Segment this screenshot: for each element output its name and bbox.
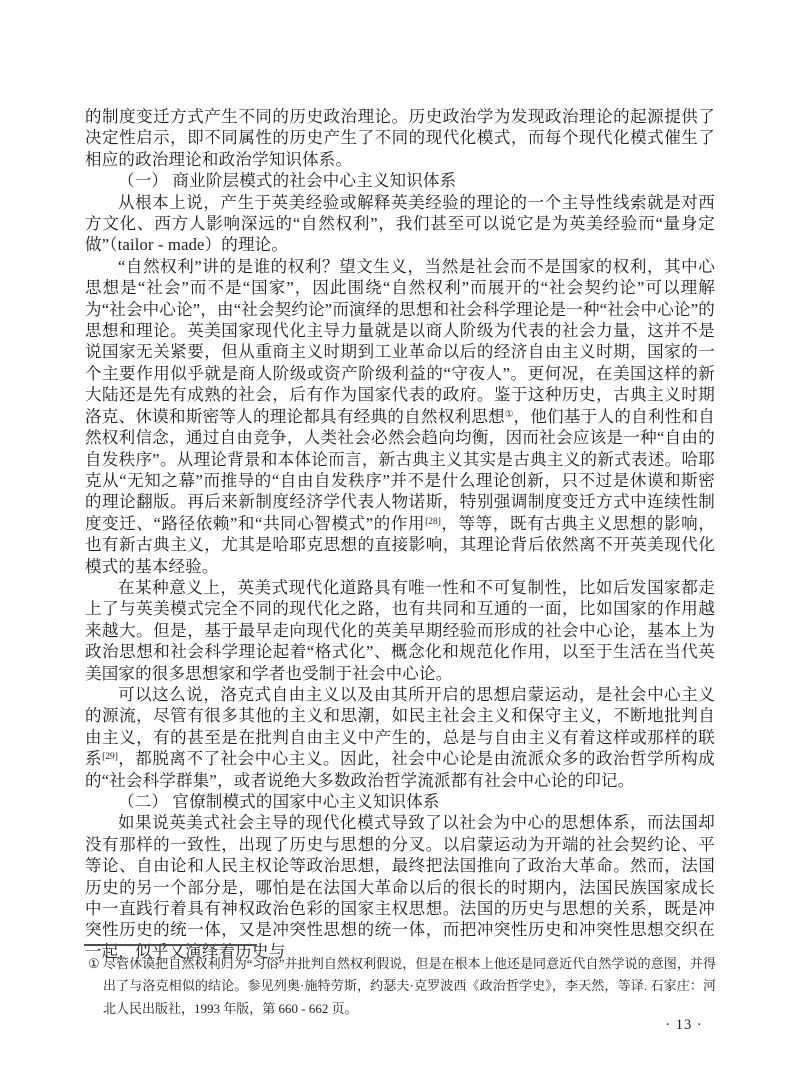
paragraph: 可以这么说，洛克式自由主义以及由其所开启的思想启蒙运动，是社会中心主义的源流，尽… (85, 684, 715, 791)
section-heading: （一） 商业阶层模式的社会中心主义知识体系 (85, 170, 715, 191)
paragraph: 在某种意义上，英美式现代化道路具有唯一性和不可复制性，比如后发国家都走上了与英美… (85, 577, 715, 684)
footnote-reference: ① (505, 410, 514, 420)
paragraph: 的制度变迁方式产生不同的历史政治理论。历史政治学为发现政治理论的起源提供了决定性… (85, 106, 715, 170)
footnotes: ①尽管休谟把自然权利归为“习俗”并批判自然权利假说，但是在根本上他还是同意近代自… (88, 953, 716, 1020)
footnote-separator (84, 944, 257, 946)
page-number: · 13 · (648, 1017, 720, 1034)
paragraph: 从根本上说，产生于英美经验或解释英美经验的理论的一个主导性线索就是对西方文化、西… (85, 192, 715, 256)
footnote: ①尽管休谟把自然权利归为“习俗”并批判自然权利假说，但是在根本上他还是同意近代自… (88, 953, 716, 1020)
footnote-reference: [28] (425, 517, 441, 527)
footnote-marker: ① (88, 953, 103, 1020)
document-page: 的制度变迁方式产生不同的历史政治理论。历史政治学为发现政治理论的起源提供了决定性… (0, 0, 793, 1077)
footnote-text: 尽管休谟把自然权利归为“习俗”并批判自然权利假说，但是在根本上他还是同意近代自然… (103, 953, 716, 1020)
footnote-reference: [29] (102, 752, 118, 762)
page-body: 的制度变迁方式产生不同的历史政治理论。历史政治学为发现政治理论的起源提供了决定性… (85, 106, 715, 962)
paragraph: 如果说英美式社会主导的现代化模式导致了以社会为中心的思想体系，而法国却没有那样的… (85, 812, 715, 962)
paragraph: “自然权利”讲的是谁的权利？望文生义，当然是社会而不是国家的权利，其中心思想是“… (85, 256, 715, 577)
section-heading: （二） 官僚制模式的国家中心主义知识体系 (85, 791, 715, 812)
